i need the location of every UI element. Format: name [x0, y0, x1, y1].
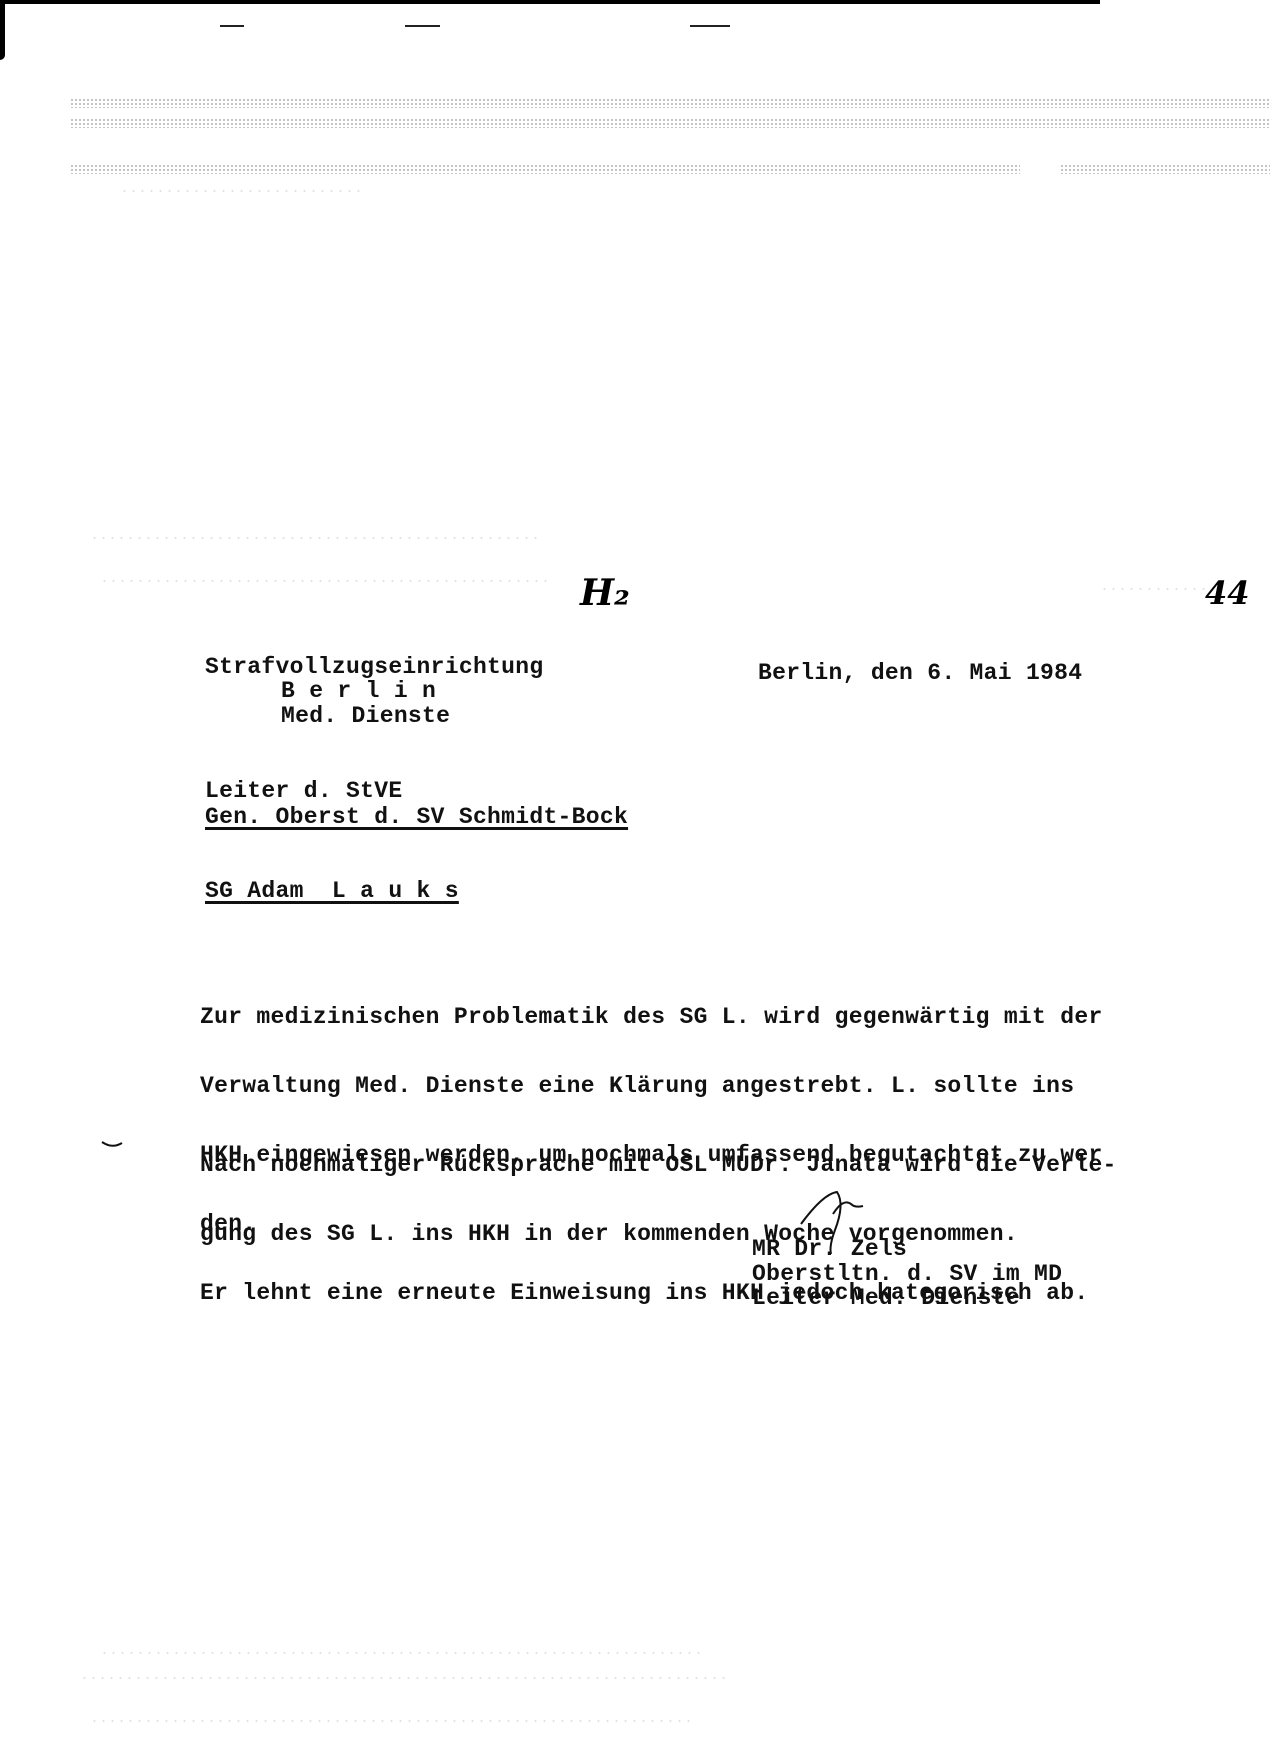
bleedthrough-noise — [90, 535, 540, 543]
bleedthrough-noise — [70, 164, 1020, 174]
scan-border-left — [0, 0, 5, 60]
subject-line: SG Adam L a u k s — [205, 880, 459, 903]
recipient-line-2: Gen. Oberst d. SV Schmidt-Bock — [205, 806, 628, 829]
scan-dash — [690, 25, 730, 27]
bleedthrough-noise — [80, 1675, 730, 1683]
body-line: gung des SG L. ins HKH in der kommenden … — [200, 1223, 1117, 1246]
scanned-letter-page: H₂ 44 Strafvollzugseinrichtung B e r l i… — [0, 0, 1275, 1750]
scan-dash — [220, 25, 244, 27]
scan-border-top — [0, 0, 1100, 4]
bleedthrough-noise — [100, 578, 550, 586]
handwritten-folio-mark: H₂ — [580, 572, 630, 614]
sender-institution: Strafvollzugseinrichtung — [205, 656, 543, 679]
body-line: Zur medizinischen Problematik des SG L. … — [200, 1006, 1103, 1029]
bleedthrough-noise — [70, 118, 1270, 128]
signatory-name: MR Dr. Zels — [752, 1238, 907, 1261]
recipient-line-1: Leiter d. StVE — [205, 780, 402, 803]
bleedthrough-noise — [90, 1718, 690, 1726]
signatory-rank: Oberstltn. d. SV im MD — [752, 1263, 1062, 1286]
bleedthrough-noise — [120, 188, 360, 196]
bleedthrough-noise — [70, 98, 1270, 108]
bleedthrough-noise — [1100, 586, 1205, 594]
scan-dash — [405, 25, 440, 27]
signatory-title: Leiter Med. Dienste — [752, 1287, 1020, 1310]
sender-department: Med. Dienste — [281, 705, 450, 728]
sender-city: B e r l i n — [281, 680, 436, 703]
body-line: Nach nochmaliger Rücksprache mit OSL MUD… — [200, 1154, 1117, 1177]
scan-mark — [100, 1140, 124, 1150]
handwritten-page-number: 44 — [1205, 574, 1250, 612]
bleedthrough-noise — [100, 1650, 700, 1658]
bleedthrough-noise — [1060, 164, 1270, 174]
place-date: Berlin, den 6. Mai 1984 — [758, 662, 1082, 685]
body-line: Verwaltung Med. Dienste eine Klärung ang… — [200, 1075, 1103, 1098]
